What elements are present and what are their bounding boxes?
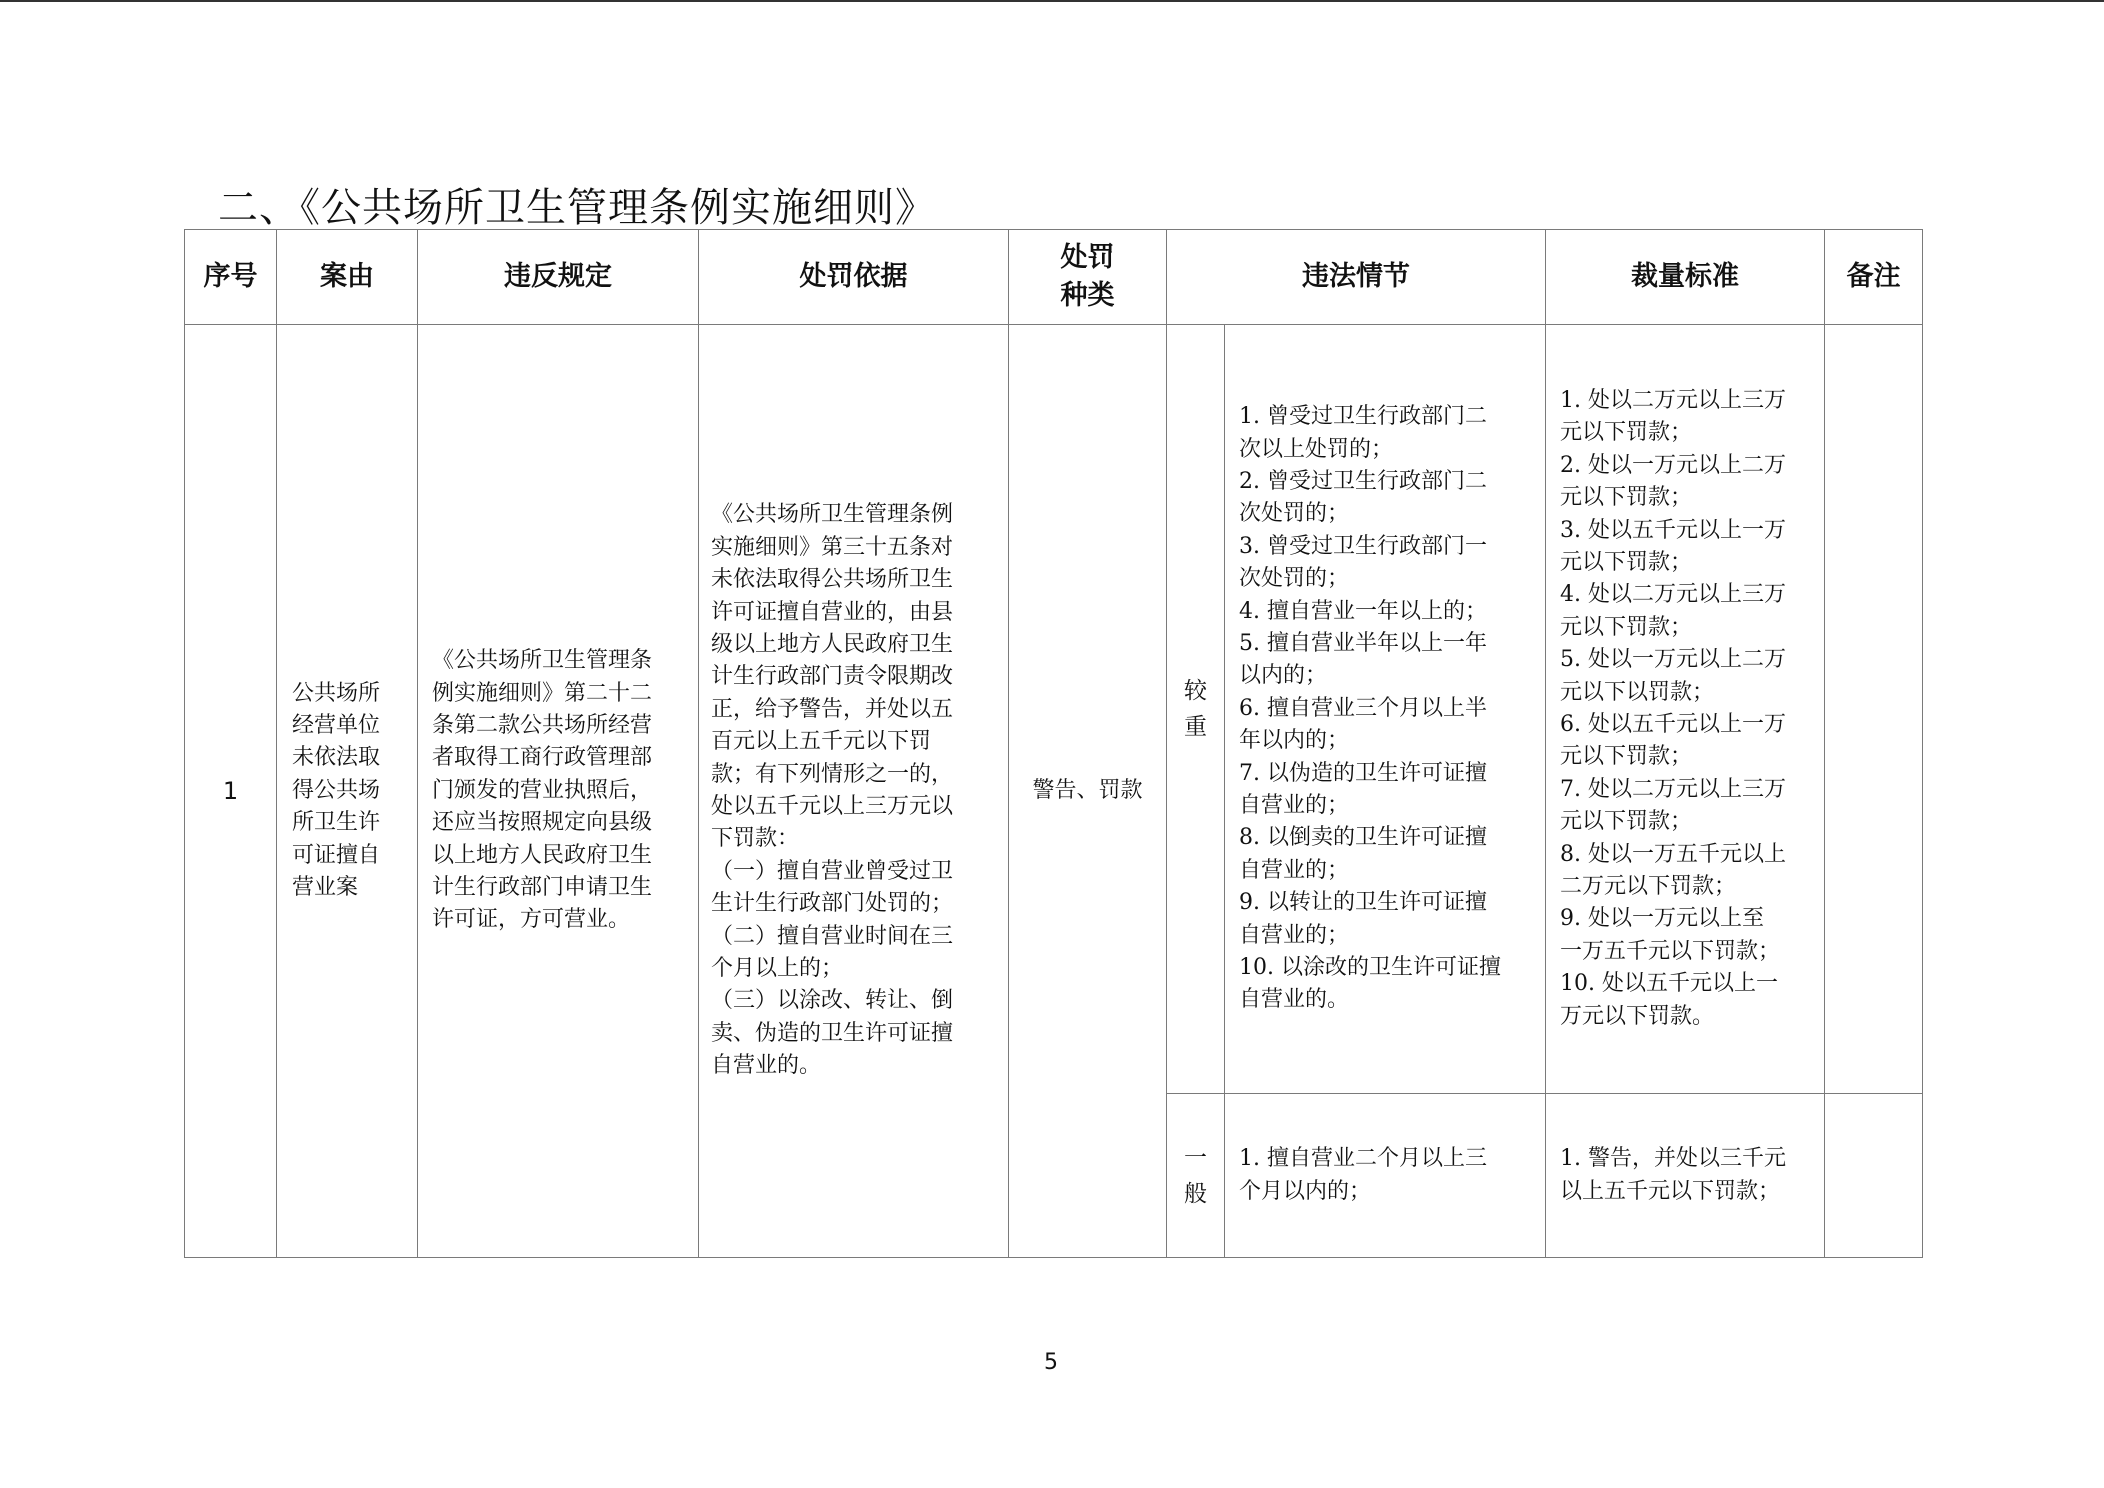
cell-penalty-type: 警告、罚款 <box>1009 325 1167 1258</box>
text-line: 门颁发的营业执照后， <box>432 775 686 807</box>
header-violation: 违反规定 <box>418 230 699 325</box>
text-line: 10. 以涂改的卫生许可证擅 <box>1239 952 1541 984</box>
text-line: 自营业的。 <box>711 1050 1002 1082</box>
cell-violation: 《公共场所卫生管理条 例实施细则》第二十二 条第二款公共场所经营 者取得工商行政… <box>418 325 699 1258</box>
text-line: 还应当按照规定向县级 <box>432 807 686 839</box>
text-line: 实施细则》第三十五条对 <box>711 532 1002 564</box>
page-top-border <box>0 0 2104 2</box>
text-line: 较 <box>1167 673 1224 709</box>
text-line: 2. 处以一万元以上二万 <box>1560 450 1820 482</box>
text-line: 一万五千元以下罚款； <box>1560 936 1820 968</box>
cell-remark-severe <box>1825 325 1923 1094</box>
cell-standard-severe: 1. 处以二万元以上三万 元以下罚款； 2. 处以一万元以上二万 元以下罚款； … <box>1546 325 1825 1094</box>
text-line: 自营业的； <box>1239 920 1541 952</box>
text-line: 元以下罚款； <box>1560 547 1820 579</box>
text-line: 卖、伪造的卫生许可证擅 <box>711 1018 1002 1050</box>
text-line: 生计生行政部门处罚的； <box>711 888 1002 920</box>
text-line: 计生行政部门责令限期改 <box>711 661 1002 693</box>
text-line: 元以下罚款； <box>1560 612 1820 644</box>
text-line: 1. 处以二万元以上三万 <box>1560 385 1820 417</box>
text-line: 9. 以转让的卫生许可证擅 <box>1239 887 1541 919</box>
text-line: 元以下罚款； <box>1560 806 1820 838</box>
text-line: （一）擅自营业曾受过卫 <box>711 856 1002 888</box>
text-line: 5. 处以一万元以上二万 <box>1560 644 1820 676</box>
text-line: 正，给予警告，并处以五 <box>711 694 1002 726</box>
level-general-label: 一 般 <box>1167 1094 1225 1258</box>
text-line: 以上地方人民政府卫生 <box>432 840 686 872</box>
text-line: 次处罚的； <box>1239 563 1541 595</box>
text-line: 3. 处以五千元以上一万 <box>1560 515 1820 547</box>
text-line: 营业案 <box>292 872 405 904</box>
text-line: 款；有下列情形之一的， <box>711 759 1002 791</box>
text-line: 元以下罚款； <box>1560 417 1820 449</box>
text-line: 得公共场 <box>292 775 405 807</box>
text-line: 处以五千元以上三万元以 <box>711 791 1002 823</box>
cell-remark-general <box>1825 1094 1923 1258</box>
table-row: 1 公共场所 经营单位 未依法取 得公共场 所卫生许 可证擅自 营业案 《公共场… <box>185 325 1923 1094</box>
text-line: 以内的； <box>1239 660 1541 692</box>
text-line: 次处罚的； <box>1239 498 1541 530</box>
text-line: 经营单位 <box>292 710 405 742</box>
page-number: 5 <box>1044 1350 1058 1375</box>
text-line: 以上五千元以下罚款； <box>1560 1176 1820 1208</box>
text-line: 元以下罚款； <box>1560 741 1820 773</box>
text-line: 次以上处罚的； <box>1239 434 1541 466</box>
section-title: 二、《公共场所卫生管理条例实施细则》 <box>218 176 936 233</box>
text-line: 级以上地方人民政府卫生 <box>711 629 1002 661</box>
level-severe-label: 较 重 <box>1167 325 1225 1094</box>
cell-standard-general: 1. 警告，并处以三千元 以上五千元以下罚款； <box>1546 1094 1825 1258</box>
header-penalty-type-line2: 种类 <box>1009 277 1166 315</box>
text-line: 4. 处以二万元以上三万 <box>1560 579 1820 611</box>
text-line: 3. 曾受过卫生行政部门一 <box>1239 531 1541 563</box>
text-line: 9. 处以一万元以上至 <box>1560 903 1820 935</box>
text-line: 许可证擅自营业的，由县 <box>711 597 1002 629</box>
header-case: 案由 <box>277 230 418 325</box>
text-line: 6. 处以五千元以上一万 <box>1560 709 1820 741</box>
text-line: 未依法取得公共场所卫生 <box>711 564 1002 596</box>
cell-basis: 《公共场所卫生管理条例 实施细则》第三十五条对 未依法取得公共场所卫生 许可证擅… <box>699 325 1009 1258</box>
text-line: 元以下罚款； <box>1560 482 1820 514</box>
header-penalty-type: 处罚 种类 <box>1009 230 1167 325</box>
text-line: 许可证，方可营业。 <box>432 904 686 936</box>
text-line: 1. 擅自营业二个月以上三 <box>1239 1143 1541 1175</box>
text-line: （三）以涂改、转让、倒 <box>711 985 1002 1017</box>
text-line: 未依法取 <box>292 742 405 774</box>
text-line: 自营业的； <box>1239 790 1541 822</box>
cell-case: 公共场所 经营单位 未依法取 得公共场 所卫生许 可证擅自 营业案 <box>277 325 418 1258</box>
text-line: 《公共场所卫生管理条 <box>432 645 686 677</box>
text-line: 条第二款公共场所经营 <box>432 710 686 742</box>
text-line: 万元以下罚款。 <box>1560 1001 1820 1033</box>
header-seq: 序号 <box>185 230 277 325</box>
text-line: 计生行政部门申请卫生 <box>432 872 686 904</box>
header-remark: 备注 <box>1825 230 1923 325</box>
header-basis: 处罚依据 <box>699 230 1009 325</box>
text-line: 4. 擅自营业一年以上的； <box>1239 596 1541 628</box>
text-line: 般 <box>1167 1176 1224 1212</box>
table-header-row: 序号 案由 违反规定 处罚依据 处罚 种类 违法情节 裁量标准 备注 <box>185 230 1923 325</box>
text-line: 个月以内的； <box>1239 1176 1541 1208</box>
header-penalty-type-line1: 处罚 <box>1009 239 1166 277</box>
text-line: 自营业的； <box>1239 855 1541 887</box>
text-line: 1. 曾受过卫生行政部门二 <box>1239 401 1541 433</box>
cell-seq: 1 <box>185 325 277 1258</box>
penalty-table: 序号 案由 违反规定 处罚依据 处罚 种类 违法情节 裁量标准 备注 1 公共场… <box>184 229 1923 1258</box>
text-line: 7. 处以二万元以上三万 <box>1560 774 1820 806</box>
text-line: 5. 擅自营业半年以上一年 <box>1239 628 1541 660</box>
text-line: 百元以上五千元以下罚 <box>711 726 1002 758</box>
text-line: 所卫生许 <box>292 807 405 839</box>
text-line: 公共场所 <box>292 678 405 710</box>
text-line: 例实施细则》第二十二 <box>432 678 686 710</box>
text-line: 8. 处以一万五千元以上 <box>1560 839 1820 871</box>
text-line: 2. 曾受过卫生行政部门二 <box>1239 466 1541 498</box>
header-standard: 裁量标准 <box>1546 230 1825 325</box>
text-line: 7. 以伪造的卫生许可证擅 <box>1239 758 1541 790</box>
text-line: 元以下以罚款； <box>1560 677 1820 709</box>
text-line: （二）擅自营业时间在三 <box>711 921 1002 953</box>
text-line: 二万元以下罚款； <box>1560 871 1820 903</box>
text-line: 1. 警告，并处以三千元 <box>1560 1143 1820 1175</box>
text-line: 年以内的； <box>1239 725 1541 757</box>
text-line: 个月以上的； <box>711 953 1002 985</box>
text-line: 10. 处以五千元以上一 <box>1560 968 1820 1000</box>
text-line: 8. 以倒卖的卫生许可证擅 <box>1239 822 1541 854</box>
text-line: 可证擅自 <box>292 840 405 872</box>
header-circumstance: 违法情节 <box>1167 230 1546 325</box>
text-line: 6. 擅自营业三个月以上半 <box>1239 693 1541 725</box>
text-line: 者取得工商行政管理部 <box>432 742 686 774</box>
cell-circumstance-general: 1. 擅自营业二个月以上三 个月以内的； <box>1225 1094 1546 1258</box>
text-line: 重 <box>1167 709 1224 745</box>
text-line: 自营业的。 <box>1239 984 1541 1016</box>
text-line: 下罚款： <box>711 823 1002 855</box>
text-line: 一 <box>1167 1140 1224 1176</box>
cell-circumstance-severe: 1. 曾受过卫生行政部门二 次以上处罚的； 2. 曾受过卫生行政部门二 次处罚的… <box>1225 325 1546 1094</box>
text-line: 《公共场所卫生管理条例 <box>711 499 1002 531</box>
